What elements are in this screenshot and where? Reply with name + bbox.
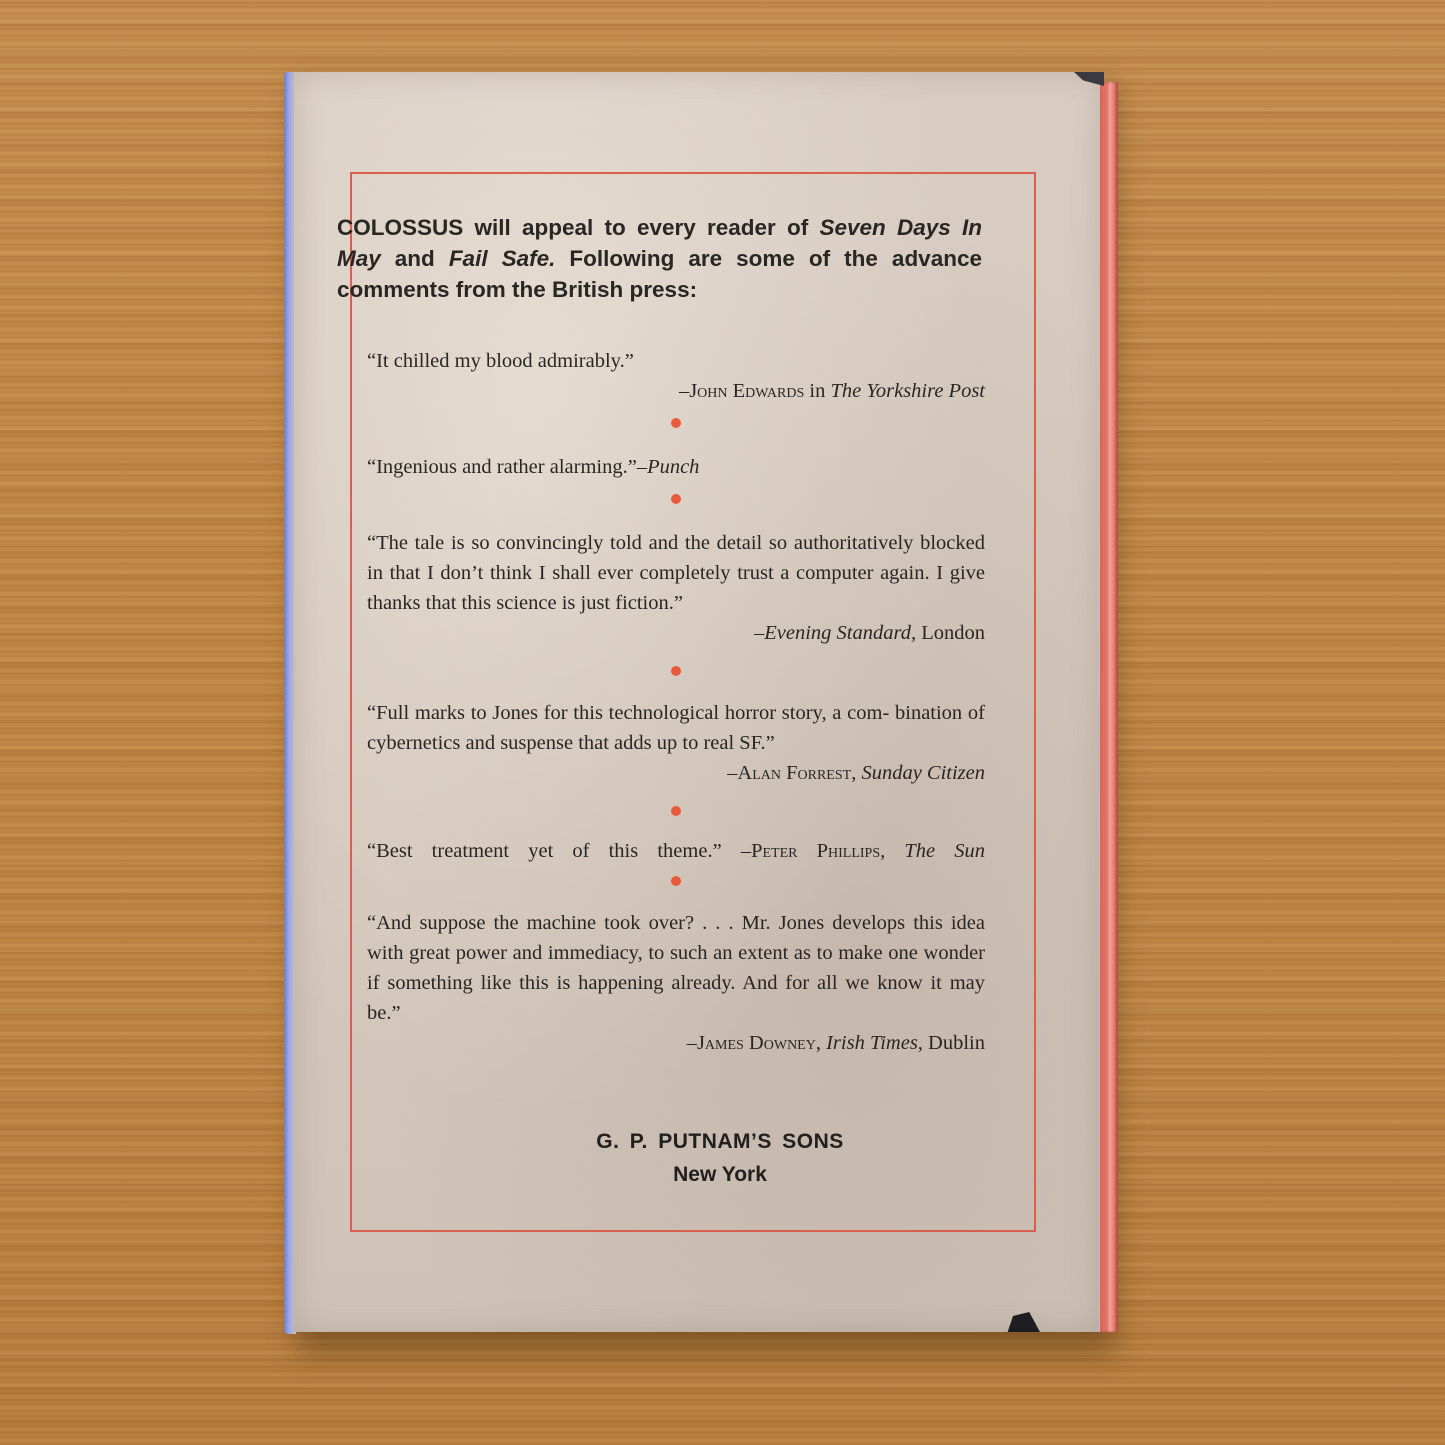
quote-text: “It chilled my blood admirably.” (367, 346, 985, 376)
bullet-dot-icon (671, 666, 681, 676)
press-quote: “Ingenious and rather alarming.”–Punch (367, 452, 985, 482)
bullet-dot-icon (671, 806, 681, 816)
publisher-imprint: G. P. PUTNAM’S SONS New York (520, 1125, 920, 1191)
publication-name: The Yorkshire Post (830, 380, 985, 402)
quote-attribution: –Alan Forrest, Sunday Citizen (367, 758, 985, 788)
publication-name: Punch (647, 456, 699, 478)
quote-text: “Best treatment yet of this theme.” (367, 840, 722, 862)
book-title: Fail Safe. (449, 246, 556, 271)
publication-name: The Sun (904, 840, 985, 862)
reviewer-name: Alan Forrest (737, 762, 851, 784)
reviewer-name: James Downey (697, 1032, 816, 1054)
press-quotes: “It chilled my blood admirably.” –John E… (367, 346, 985, 1058)
quote-text: “The tale is so convincingly told and th… (367, 528, 985, 618)
quote-attribution: –John Edwards in The Yorkshire Post (367, 376, 985, 406)
press-quote: “The tale is so convincingly told and th… (367, 528, 985, 648)
spine-strip (1100, 82, 1118, 1332)
bullet-dot-icon (671, 876, 681, 886)
press-quote: “Best treatment yet of this theme.” –Pet… (367, 836, 985, 866)
quote-attribution: –Evening Standard, London (367, 618, 985, 648)
press-quote: “Full marks to Jones for this technologi… (367, 698, 985, 788)
bullet-dot-icon (671, 494, 681, 504)
quote-text: “Ingenious and rather alarming.” (367, 456, 637, 478)
quote-text: “Full marks to Jones for this technologi… (367, 698, 985, 758)
publisher-city: New York (520, 1158, 920, 1191)
quote-attribution: –James Downey, Irish Times, Dublin (367, 1028, 985, 1058)
reviewer-name: John Edwards (689, 380, 804, 402)
publication-name: Sunday Citizen (861, 762, 985, 784)
publication-name: Irish Times, (826, 1032, 923, 1054)
quote-text: “And suppose the machine took over? . . … (367, 908, 985, 1028)
press-quote: “And suppose the machine took over? . . … (367, 908, 985, 1058)
reviewer-name: Peter Phillips (751, 840, 880, 862)
publisher-name: G. P. PUTNAM’S SONS (520, 1125, 920, 1158)
press-quote: “It chilled my blood admirably.” –John E… (367, 346, 985, 406)
publication-name: Evening Standard, (764, 622, 916, 644)
intro-blurb: COLOSSUS will appeal to every reader of … (337, 212, 982, 305)
bullet-dot-icon (671, 418, 681, 428)
